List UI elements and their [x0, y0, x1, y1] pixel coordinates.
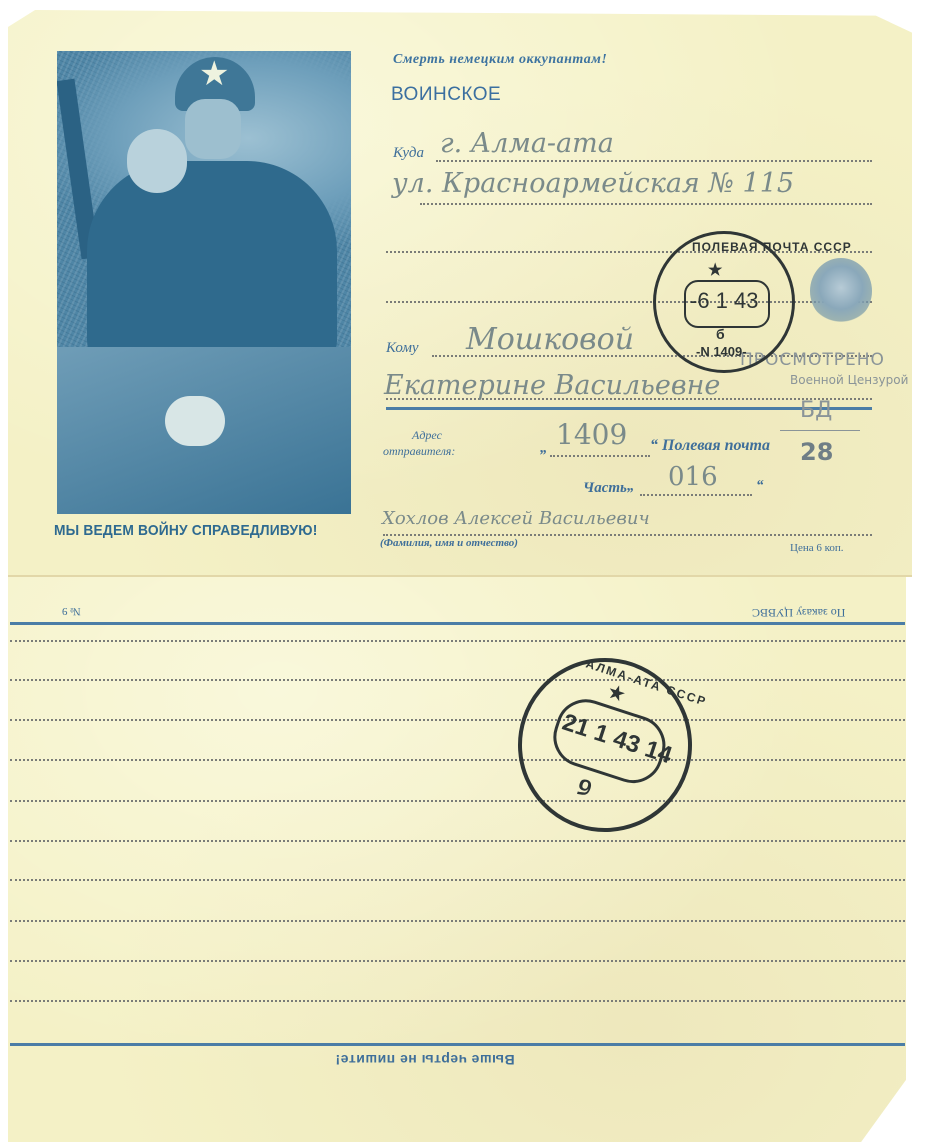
motto: Смерть немецким оккупантам!: [393, 52, 607, 68]
address-street[interactable]: ул. Красноармейская № 115: [392, 168, 794, 199]
letter-heading: ВОИНСКОЕ: [391, 84, 501, 106]
postmark-letter: б: [716, 326, 725, 342]
sender-name-line: [383, 534, 872, 536]
writing-line: [10, 960, 905, 962]
child-figure: [127, 129, 187, 193]
form-number: № 9: [62, 605, 81, 617]
writing-line: [10, 719, 905, 721]
address-city[interactable]: г. Алма-ата: [440, 128, 614, 159]
field-post-number-line: [550, 455, 650, 457]
postmark-outer-text: ПОЛЕВАЯ ПОЧТА СССР: [692, 240, 852, 254]
unit-label: Часть: [583, 480, 627, 497]
address-line-1: [436, 160, 872, 162]
unit-open-quote: „: [627, 478, 635, 495]
sender-name-caption: (Фамилия, имя и отчество): [380, 537, 518, 549]
writing-line: [10, 1000, 905, 1002]
back-bottom-rule: [10, 1043, 905, 1046]
back-top-rule: [10, 622, 905, 625]
unit-number[interactable]: 016: [668, 462, 718, 492]
postmark-star-icon: ★: [708, 260, 722, 280]
raised-hand: [165, 396, 225, 446]
sender-label-1: Адрес: [412, 428, 442, 443]
writing-line: [10, 840, 905, 842]
recipient-label: Кому: [386, 340, 419, 357]
print-order-note: По заказу ЦУВВС: [752, 605, 845, 620]
field-post-number[interactable]: 1409: [556, 418, 627, 451]
field-post-open-quote: „: [540, 440, 548, 457]
fold-crease: [8, 575, 912, 577]
recipient-surname[interactable]: Мошковой: [466, 322, 634, 357]
slogan: МЫ ВЕДЕМ ВОЙНУ СПРАВЕДЛИВУЮ!: [54, 522, 330, 539]
do-not-write-note: Выше черты не пишите!: [335, 1052, 515, 1068]
field-post-label: “ Полевая почта: [650, 437, 770, 455]
arrival-postmark-star-icon: ★: [606, 681, 628, 706]
address-line-4: [386, 301, 872, 303]
unit-number-line: [640, 494, 752, 496]
star-icon: ★: [199, 57, 229, 91]
censor-number: 28: [800, 438, 833, 466]
writing-line: [10, 759, 905, 761]
unit-close-quote: “: [756, 478, 764, 495]
recipient-name[interactable]: Екатерине Васильевне: [384, 370, 720, 401]
address-line-2: [420, 203, 872, 205]
arrival-postmark-letter: б: [574, 772, 595, 801]
state-emblem-stamp: [810, 258, 872, 324]
to-address-label: Куда: [393, 145, 424, 162]
soldier-with-child-illustration: ★: [57, 51, 351, 514]
sender-name[interactable]: Хохлов Алексей Васильевич: [382, 508, 650, 529]
price-label: Цена 6 коп.: [790, 542, 844, 554]
censor-underline: [780, 430, 860, 431]
writing-line: [10, 679, 905, 681]
soldier-face: [185, 99, 241, 159]
writing-line: [10, 800, 905, 802]
field-post-postmark: -6 1 43 ПОЛЕВАЯ ПОЧТА СССР ★ б -N 1409-: [653, 231, 795, 373]
writing-line: [10, 879, 905, 881]
writing-line: [10, 920, 905, 922]
writing-line: [10, 640, 905, 642]
postmark-date: -6 1 43: [690, 288, 759, 314]
postmark-bottom-text: -N 1409-: [696, 344, 747, 359]
soldier-figure: [87, 161, 337, 361]
sender-label-2: отправителя:: [383, 444, 455, 459]
censor-stamp-line-2: Военной Цензурой: [790, 373, 908, 387]
censor-code: БД: [800, 398, 832, 423]
